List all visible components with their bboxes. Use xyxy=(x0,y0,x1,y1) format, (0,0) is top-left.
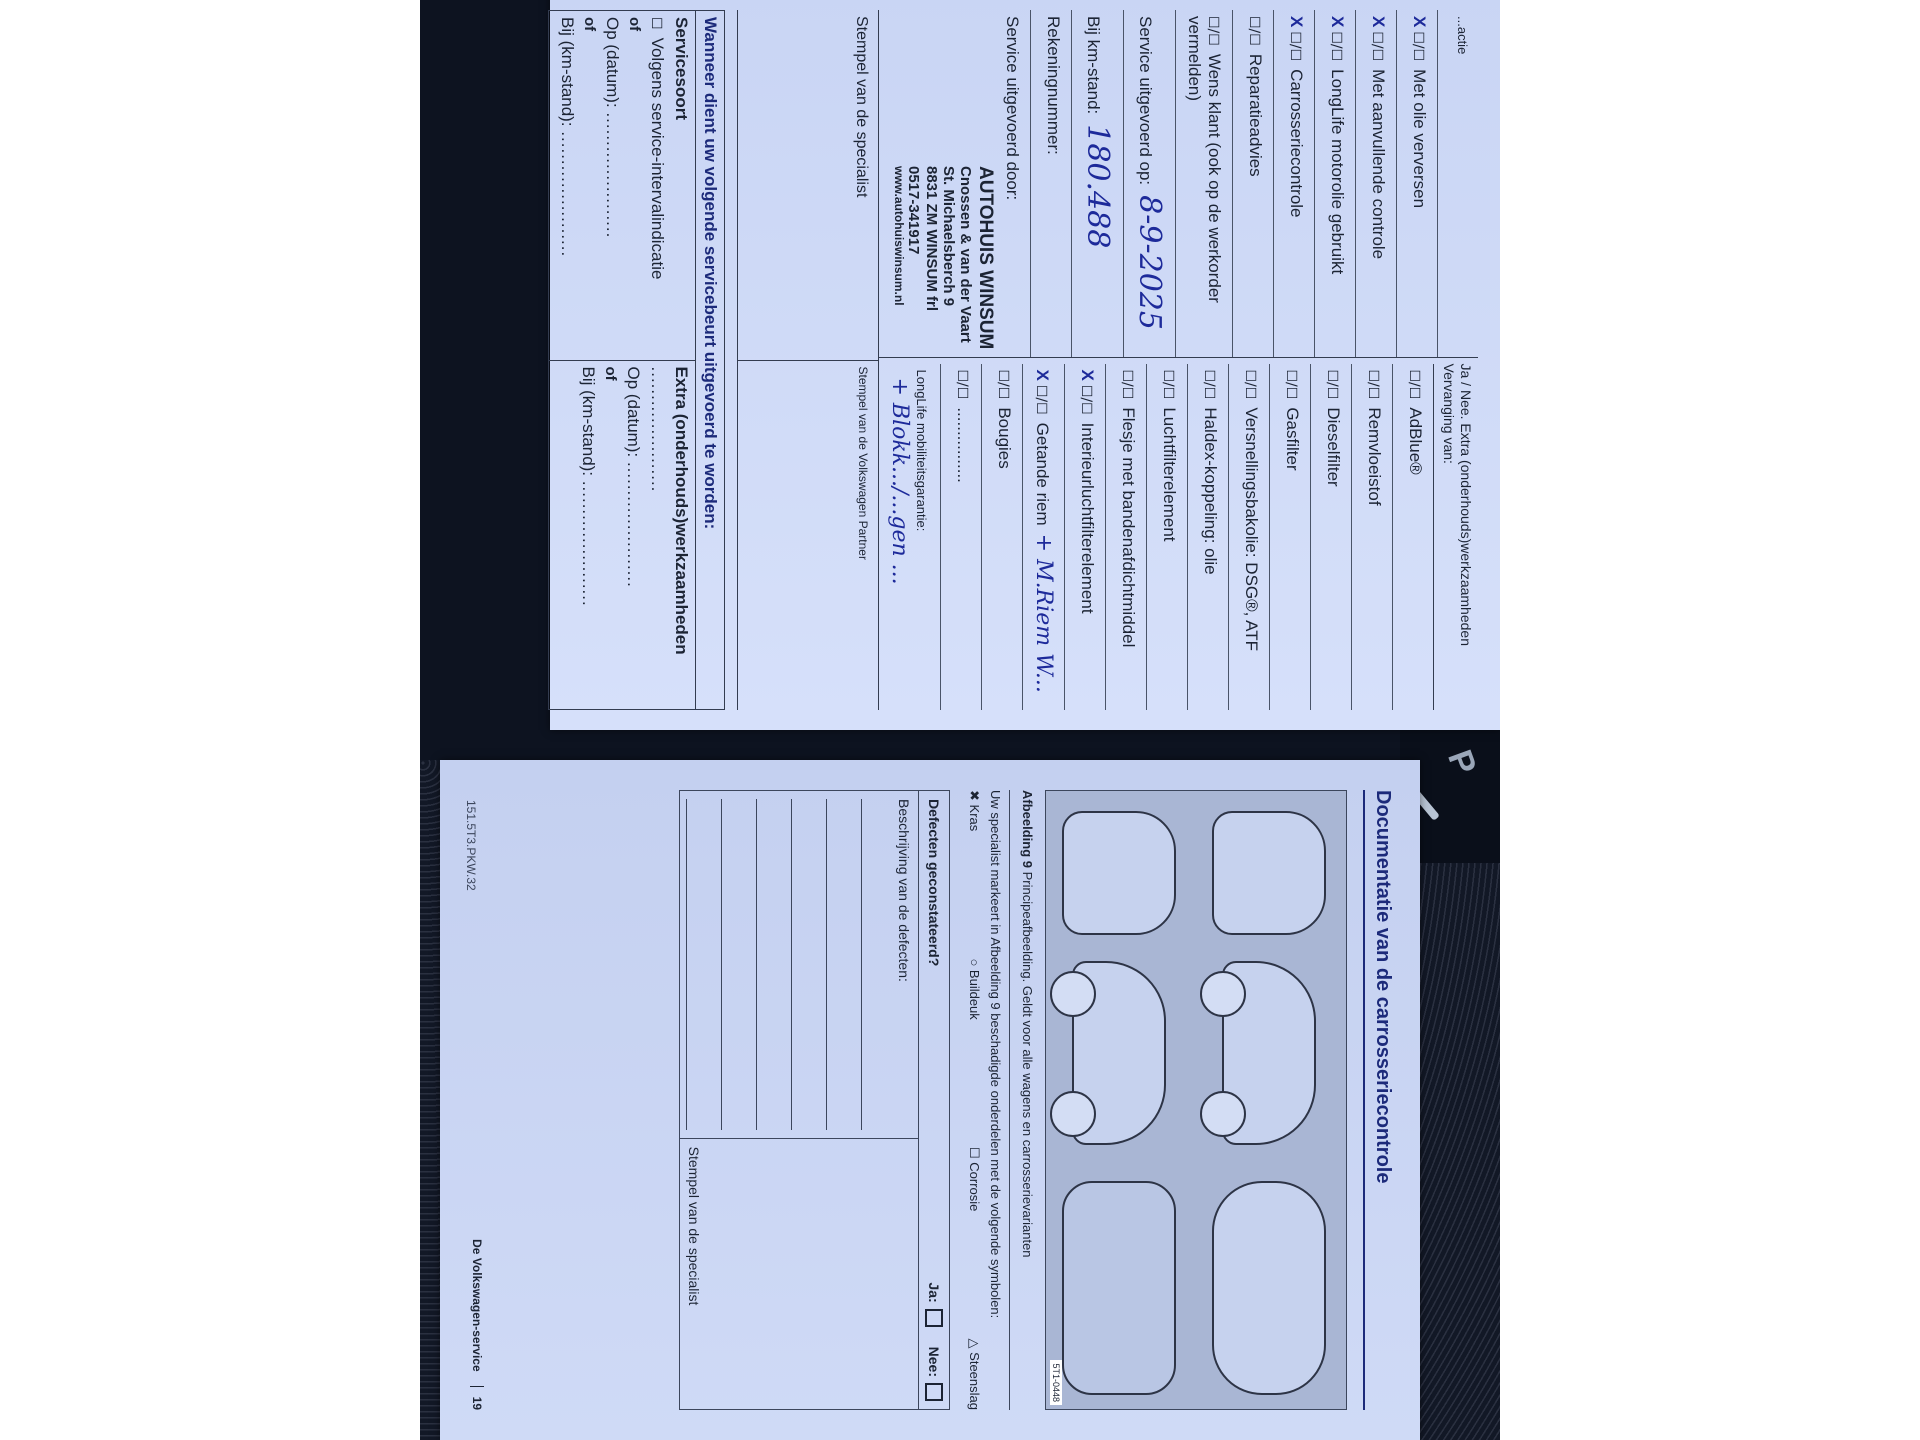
item-label: Met olie verversen xyxy=(1410,69,1429,208)
doc-code: 151.5T3.PKW.32 xyxy=(464,800,478,891)
checkbox-pair[interactable]: ☐/☐ xyxy=(1119,370,1135,400)
defects-question: Defecten geconstateerd? xyxy=(926,799,942,1262)
km-field[interactable]: ...................... xyxy=(558,131,577,257)
extra-item: ☐/☐................ xyxy=(940,364,981,711)
check-mark: X xyxy=(1410,16,1429,27)
checkbox-pair[interactable]: ☐/☐ xyxy=(995,370,1011,400)
page-title: Documentatie van de carrosseriecontrole xyxy=(1363,790,1394,1410)
checklist-item: X☐/☐Met aanvullende controle xyxy=(1355,10,1396,357)
checkbox-pair[interactable]: ☐/☐ xyxy=(1410,31,1426,61)
legend-item: ○ Buildeuk xyxy=(966,958,982,1019)
caption-text: Principeafbeelding. Geldt voor alle wage… xyxy=(1020,872,1035,1258)
defects-description[interactable]: Beschrijving van de defecten: xyxy=(680,791,918,1139)
no-checkbox[interactable] xyxy=(925,1383,943,1401)
item-label: Remvloeistof xyxy=(1365,407,1384,505)
legend-label: Buildeuk xyxy=(967,970,982,1020)
extra-item: ☐/☐Remvloeistof xyxy=(1351,364,1392,711)
page-number: 19 xyxy=(470,1386,484,1410)
scratch-icon: ✖ xyxy=(967,790,982,801)
wheel-icon xyxy=(1200,971,1246,1017)
date-field[interactable]: ...................... xyxy=(603,112,622,238)
wheel-icon xyxy=(1050,971,1096,1017)
checkbox-pair[interactable]: ☐/☐ xyxy=(1242,370,1258,400)
extra-item: ☐/☐AdBlue® xyxy=(1392,364,1433,711)
checklist-item: X☐/☐Met olie verversen xyxy=(1396,10,1437,357)
caption-label: Afbeelding 9 xyxy=(1020,790,1035,868)
service-record-page: ...actie X☐/☐Met olie verversen X☐/☐Met … xyxy=(550,0,1500,730)
item-label: Gasfilter xyxy=(1283,407,1302,470)
next-service-type: Servicesoort ☐Volgens service-intervalin… xyxy=(549,11,695,361)
km-row: Bij km-stand:180.488 xyxy=(1071,10,1123,357)
photo-background: P ...actie X☐/☐Met olie verversen X☐/☐Me… xyxy=(420,0,1500,1440)
longlife-row: LongLife mobiliteitsgarantie:+ Blokk.../… xyxy=(879,364,940,711)
park-button-icon: P xyxy=(1439,745,1483,780)
km-label: Bij (km-stand): xyxy=(558,17,577,127)
stamp-specialist-label: Stempel van de specialist xyxy=(738,10,878,361)
stone-chip-icon: △ xyxy=(967,1339,982,1349)
item-label: Haldex-koppeling: olie xyxy=(1201,407,1220,574)
extra-item: ☐/☐Bougies xyxy=(981,364,1022,711)
date-label: Op (datum): xyxy=(624,367,643,458)
car-top-view-icon xyxy=(1212,1181,1326,1395)
or-label: of xyxy=(626,17,643,354)
dealer-line1: Cnossen & van der Vaart xyxy=(957,166,974,351)
checkbox-pair[interactable]: ☐/☐ xyxy=(1160,370,1176,400)
extra-item: ☐/☐Dieselfilter xyxy=(1310,364,1351,711)
handwritten-note: + M.Riem W... xyxy=(1031,534,1056,693)
checklist-item: ☐/☐Wens klant (ook op de werkorder verme… xyxy=(1175,10,1232,357)
km-field[interactable]: ...................... xyxy=(579,481,598,607)
figure-ref: 5T1-0448 xyxy=(1050,1360,1062,1405)
handwritten-note: + Blokk.../...gen ... xyxy=(887,378,912,705)
item-label: Getande riem xyxy=(1033,423,1052,526)
check-mark: X xyxy=(1078,370,1097,381)
item-label: Reparatieadvies xyxy=(1246,54,1265,177)
item-label: Dieselfilter xyxy=(1324,407,1343,486)
extra-item: X☐/☐Interieurluchtfilterelement xyxy=(1064,364,1105,711)
extra-item: ☐/☐Flesje met bandenafdichtmiddel xyxy=(1105,364,1146,711)
next-service-extra: Extra (onderhouds)werkzaamheden ........… xyxy=(549,361,695,710)
item-label: AdBlue® xyxy=(1406,407,1425,474)
legend-label: Corrosie xyxy=(967,1162,982,1211)
body-check-page: Documentatie van de carrosseriecontrole … xyxy=(440,760,1420,1440)
description-label: Beschrijving van de defecten: xyxy=(896,799,912,1130)
dealer-website: www.autohuiswinsum.nl xyxy=(891,166,905,351)
yes-label: Ja: xyxy=(926,1282,942,1302)
legend-label: Steenslag xyxy=(967,1352,982,1410)
checkbox-pair[interactable]: ☐/☐ xyxy=(954,370,970,400)
corrosion-icon: ☐ xyxy=(967,1147,982,1159)
service-date-value: 8-9-2025 xyxy=(1132,195,1167,330)
footer-section: De Volkswagen-service xyxy=(470,1239,484,1372)
stamp-partner-label: Stempel van de Volkswagen Partner xyxy=(738,361,878,711)
account-label: Rekeningnummer: xyxy=(1044,16,1063,155)
car-diagram: 5T1-0448 xyxy=(1045,790,1347,1410)
item-label: LongLife motorolie gebruikt xyxy=(1328,69,1347,274)
no-label: Nee: xyxy=(926,1347,942,1377)
wheel-icon xyxy=(1200,1091,1246,1137)
check-mark: X xyxy=(1328,16,1347,27)
checkbox[interactable]: ☐ xyxy=(648,17,664,30)
extra-field[interactable]: ...................... xyxy=(647,367,667,704)
extra-item: ☐/☐Gasfilter xyxy=(1269,364,1310,711)
damage-legend: ✖ Kras ○ Buildeuk ☐ Corrosie △ Steenslag xyxy=(966,790,982,1410)
extra-item: X☐/☐Getande riem+ M.Riem W... xyxy=(1022,364,1064,711)
checkbox-pair[interactable]: ☐/☐ xyxy=(1078,385,1094,415)
legend-intro: Uw specialist markeert in Afbeelding 9 b… xyxy=(988,790,1010,1410)
km-value: 180.488 xyxy=(1080,124,1115,248)
figure-caption: Afbeelding 9 Principeafbeelding. Geldt v… xyxy=(1020,790,1035,1410)
checkbox-pair[interactable]: ☐/☐ xyxy=(1406,370,1422,400)
col-header: Extra (onderhouds)werkzaamheden xyxy=(671,367,691,704)
item-label: Flesje met bandenafdichtmiddel xyxy=(1119,407,1138,647)
item-label: Interieurluchtfilterelement xyxy=(1078,423,1097,614)
service-date-row: Service uitgevoerd op:8-9-2025 xyxy=(1123,10,1175,357)
checkbox-pair[interactable]: ☐/☐ xyxy=(1328,31,1344,61)
col-header: Servicesoort xyxy=(671,17,691,354)
stamp-specialist-label: Stempel van de specialist xyxy=(680,1139,918,1409)
item-label: Luchtfilterelement xyxy=(1160,407,1179,541)
performed-by-row: Service uitgevoerd door: AUTOHUIS WINSUM… xyxy=(883,10,1030,357)
car-front-view-icon xyxy=(1062,811,1176,935)
next-service-box: Wanneer dient uw volgende servicebeurt u… xyxy=(548,10,725,710)
car-rear-view-icon xyxy=(1212,811,1326,935)
item-label: Carrosseriecontrole xyxy=(1287,69,1306,217)
checkbox-pair[interactable]: ☐/☐ xyxy=(1246,16,1262,46)
check-mark: X xyxy=(1033,370,1052,381)
dent-icon: ○ xyxy=(967,958,982,966)
checkbox-pair[interactable]: ☐/☐ xyxy=(1369,31,1385,61)
dealer-line2: St. Michaelsberch 9 xyxy=(940,166,957,351)
dealer-name: AUTOHUIS WINSUM xyxy=(974,166,996,351)
item-label: Wens klant (ook op de werkorder vermelde… xyxy=(1185,16,1224,303)
checkbox-pair[interactable]: ☐/☐ xyxy=(1283,370,1299,400)
longlife-label: LongLife mobiliteitsgarantie: xyxy=(914,370,929,532)
next-service-title: Wanneer dient uw volgende servicebeurt u… xyxy=(695,11,724,709)
legend-item: ☐ Corrosie xyxy=(966,1147,982,1211)
wheel-icon xyxy=(1050,1091,1096,1137)
item-label: ................ xyxy=(954,407,973,483)
checklist-item: X☐/☐Carrosseriecontrole xyxy=(1273,10,1314,357)
extra-header: Ja / Nee. Extra (onderhouds)werkzaamhede… xyxy=(1433,364,1478,711)
dealer-stamp: AUTOHUIS WINSUM Cnossen & van der Vaart … xyxy=(891,166,996,351)
performed-by-label: Service uitgevoerd door: xyxy=(1002,16,1022,351)
checkbox-pair[interactable]: ☐/☐ xyxy=(1365,370,1381,400)
or-label: of xyxy=(602,367,619,704)
yes-checkbox[interactable] xyxy=(925,1309,943,1327)
date-label: Op (datum): xyxy=(603,17,622,108)
dealer-phone: 0517-341917 xyxy=(905,166,922,351)
car-underbody-view-icon xyxy=(1062,1181,1176,1395)
stamp-row: Stempel van de specialist Stempel van de… xyxy=(737,10,878,710)
legend-item: ✖ Kras xyxy=(966,790,982,831)
checkbox-pair[interactable]: ☐/☐ xyxy=(1205,16,1221,46)
service-checklist: ...actie X☐/☐Met olie verversen X☐/☐Met … xyxy=(879,10,1478,358)
service-date-label: Service uitgevoerd op: xyxy=(1136,16,1155,185)
extra-item: ☐/☐Haldex-koppeling: olie xyxy=(1187,364,1228,711)
item-label: Versnellingsbakolie: DSG®, ATF xyxy=(1242,407,1261,651)
section-tail: ...actie xyxy=(1437,10,1478,357)
item-label: Bougies xyxy=(995,407,1014,468)
dealer-line3: 8831 ZM WINSUM frl xyxy=(922,166,939,351)
defects-box: Defecten geconstateerd? Ja: Nee: Beschri… xyxy=(679,790,950,1410)
date-field[interactable]: ...................... xyxy=(624,462,643,588)
account-row: Rekeningnummer: xyxy=(1030,10,1071,357)
interval-option: Volgens service-intervalindicatie xyxy=(648,38,667,280)
or-label: of xyxy=(581,17,598,354)
item-label: Met aanvullende controle xyxy=(1369,69,1388,259)
checkbox-pair[interactable]: ☐/☐ xyxy=(1324,370,1340,400)
checklist-item: ☐/☐Reparatieadvies xyxy=(1232,10,1273,357)
km-label: Bij (km-stand): xyxy=(579,367,598,477)
legend-item: △ Steenslag xyxy=(966,1339,982,1410)
check-mark: X xyxy=(1287,16,1306,27)
extra-item: ☐/☐Versnellingsbakolie: DSG®, ATF xyxy=(1228,364,1269,711)
checkbox-pair[interactable]: ☐/☐ xyxy=(1033,385,1049,415)
checklist-item: X☐/☐LongLife motorolie gebruikt xyxy=(1314,10,1355,357)
checkbox-pair[interactable]: ☐/☐ xyxy=(1201,370,1217,400)
extra-maintenance: Ja / Nee. Extra (onderhouds)werkzaamhede… xyxy=(879,358,1478,711)
km-label: Bij km-stand: xyxy=(1084,16,1103,114)
check-mark: X xyxy=(1369,16,1388,27)
extra-item: ☐/☐Luchtfilterelement xyxy=(1146,364,1187,711)
checkbox-pair[interactable]: ☐/☐ xyxy=(1287,31,1303,61)
legend-label: Kras xyxy=(967,805,982,832)
